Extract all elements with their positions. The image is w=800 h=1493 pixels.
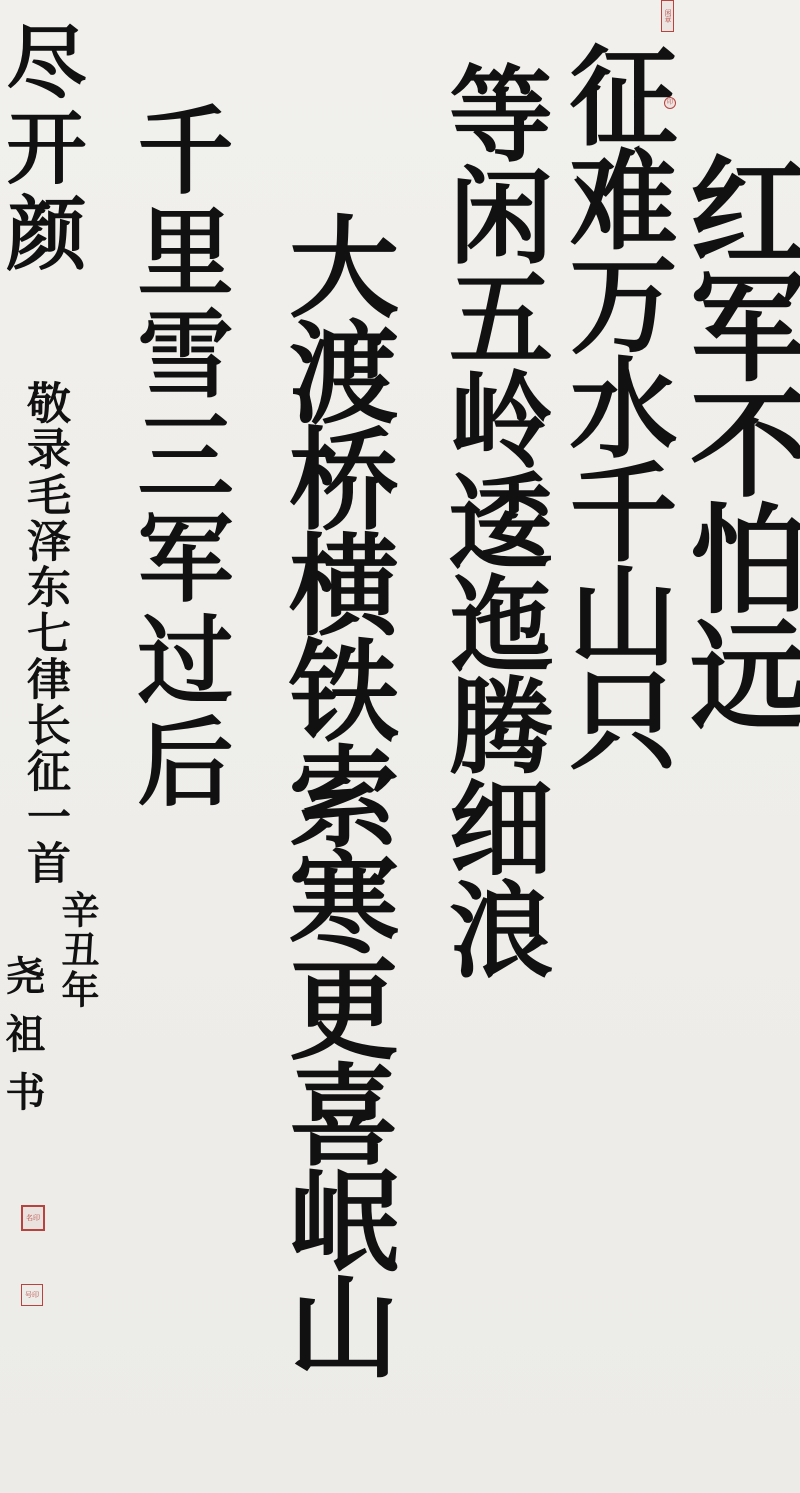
artist-signature: 尧祖书	[2, 955, 42, 1129]
calligraphy-column-3: 等闲五岭逶迤腾细浪	[440, 60, 544, 978]
name-seal-icon: 名印	[21, 1205, 45, 1231]
round-seal-icon: 印	[664, 97, 676, 109]
calligraphy-column-4: 大渡桥横铁索寒更喜岷山	[280, 210, 390, 1376]
leading-seal-icon: 闲章	[661, 0, 674, 32]
calligraphy-column-2: 征难万水千山只	[560, 40, 668, 768]
calligraphy-column-6: 尽开颜	[0, 20, 80, 278]
calligraphy-column-5: 千里雪三军过后	[130, 100, 226, 814]
style-name-seal-icon: 号印	[21, 1284, 43, 1306]
inscription-date: 辛丑年	[58, 890, 96, 1010]
calligraphy-column-1: 红军不怕远	[680, 150, 798, 730]
inscription-text: 敬录毛泽东七律长征一首	[22, 380, 66, 886]
